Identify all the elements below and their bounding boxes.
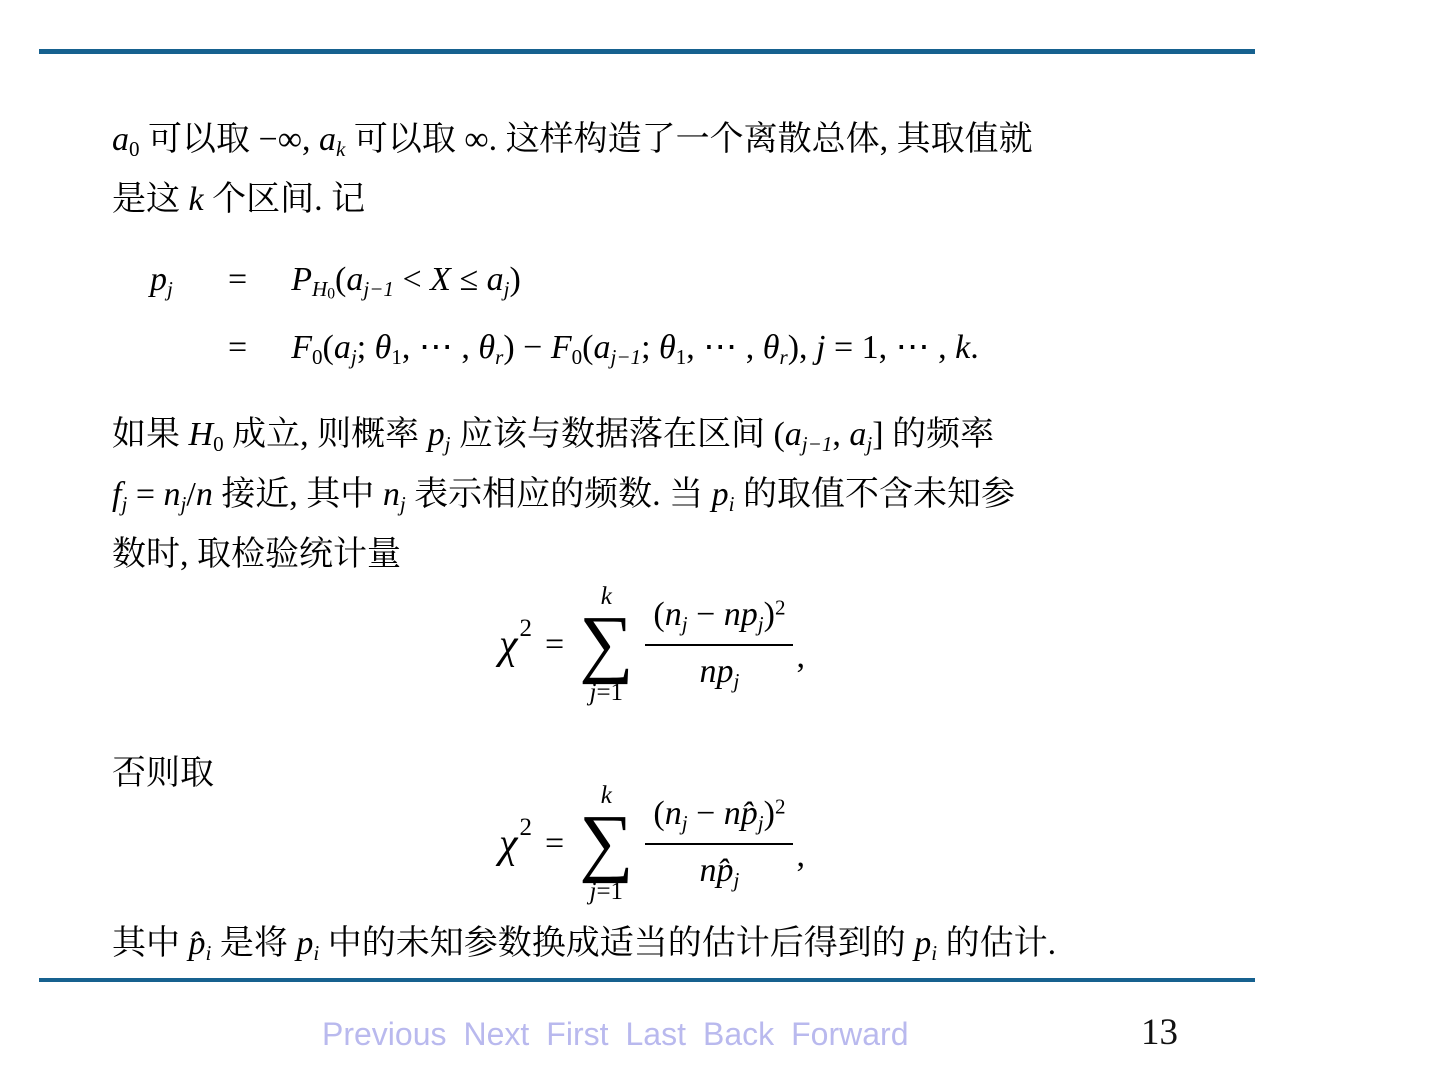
math-token: , ⋯ , bbox=[686, 329, 763, 366]
document-page: a0 可以取 −∞, ak 可以取 ∞. 这样构造了一个离散总体, 其取值就 是… bbox=[0, 0, 1441, 1080]
math-token: ( bbox=[582, 329, 593, 366]
math-token: n bbox=[196, 476, 213, 513]
math-token: n bbox=[164, 476, 181, 513]
nav-last-link[interactable]: Last bbox=[626, 1016, 686, 1053]
math-token: 个区间. 记 bbox=[204, 181, 366, 218]
math-token: 0 bbox=[213, 432, 224, 456]
chi-squared: χ2 bbox=[499, 823, 532, 865]
math-token: a bbox=[346, 261, 363, 298]
math-token: ∞ bbox=[464, 121, 488, 158]
math-token: a bbox=[487, 261, 504, 298]
math-token: , bbox=[302, 121, 319, 158]
math-token: a bbox=[334, 329, 351, 366]
math-token: − bbox=[688, 596, 724, 633]
aligned-equation-row1: pj=PH0(aj−1 < X ≤ aj) bbox=[150, 261, 521, 304]
chi-square-formula-estimated-params: χ2 = k ∑ j=1 (nj − np̂j)2 np̂j , bbox=[112, 781, 1192, 906]
math-token: n bbox=[700, 653, 717, 690]
math-token: 0 bbox=[129, 137, 140, 161]
math-token: ( bbox=[653, 795, 664, 832]
math-token: ] 的频率 bbox=[872, 416, 994, 453]
math-token: k bbox=[336, 137, 345, 161]
math-token: n bbox=[383, 476, 400, 513]
math-token: ( bbox=[323, 329, 334, 366]
math-token: p bbox=[150, 261, 167, 298]
sum-lower-limit: j=1 bbox=[590, 680, 624, 705]
math-token: p̂ bbox=[717, 852, 734, 889]
math-token: 是将 bbox=[211, 925, 296, 962]
equals-sign: = bbox=[228, 261, 247, 299]
fraction: (nj − npj)2 npj bbox=[645, 596, 793, 692]
math-token: k bbox=[189, 181, 204, 218]
math-token: j−1 bbox=[802, 432, 833, 456]
math-token: ), bbox=[788, 329, 816, 366]
equation-rhs: PH0(aj−1 < X ≤ aj) bbox=[291, 261, 521, 304]
math-token: k bbox=[955, 329, 970, 366]
math-token: θ bbox=[478, 329, 495, 366]
math-token: a bbox=[593, 329, 610, 366]
math-token: =1 bbox=[596, 679, 623, 706]
nav-forward-link[interactable]: Forward bbox=[791, 1016, 908, 1053]
equation-lhs: pj bbox=[150, 261, 188, 302]
math-token: n bbox=[665, 596, 682, 633]
equals-sign: = bbox=[545, 825, 564, 863]
top-rule bbox=[39, 49, 1255, 54]
paragraph2-line2: fj = nj/n 接近, 其中 nj 表示相应的频数. 当 pi 的取值不含未… bbox=[112, 473, 1015, 518]
fraction-numerator: (nj − np̂j)2 bbox=[645, 795, 793, 844]
math-token: ) bbox=[509, 261, 520, 298]
math-token: =1 bbox=[596, 878, 623, 905]
math-token: a bbox=[849, 416, 866, 453]
equals-sign: = bbox=[545, 626, 564, 664]
nav-next-link[interactable]: Next bbox=[464, 1016, 530, 1053]
math-token: 的估计. bbox=[937, 925, 1056, 962]
sigma-symbol: ∑ bbox=[579, 612, 633, 674]
trailing-comma: , bbox=[796, 837, 805, 875]
math-token: , bbox=[832, 416, 849, 453]
nav-back-link[interactable]: Back bbox=[703, 1016, 774, 1053]
equation-rhs: F0(aj; θ1, ⋯ , θr) − F0(aj−1; θ1, ⋯ , θr… bbox=[291, 327, 979, 370]
math-token: 0 bbox=[312, 345, 323, 369]
math-token: p bbox=[741, 596, 758, 633]
math-token: p bbox=[712, 476, 729, 513]
math-token: 表示相应的频数. 当 bbox=[406, 476, 712, 513]
paragraph1-line2: 是这 k 个区间. 记 bbox=[112, 178, 365, 222]
math-token: = bbox=[127, 476, 163, 513]
math-token: p̂ bbox=[741, 795, 758, 832]
math-token: 中的未知参数换成适当的估计后得到的 bbox=[319, 925, 914, 962]
math-token: 1 bbox=[391, 345, 402, 369]
math-token: p bbox=[717, 653, 734, 690]
math-token: p bbox=[914, 925, 931, 962]
math-token: j−1 bbox=[363, 277, 394, 301]
math-token: 0 bbox=[572, 345, 583, 369]
math-token: 1 bbox=[676, 345, 687, 369]
equals-sign: = bbox=[228, 329, 247, 367]
math-token: 2 bbox=[775, 795, 786, 819]
math-token: θ bbox=[763, 329, 780, 366]
math-token: 0 bbox=[327, 286, 335, 303]
math-token: 数时, 取检验统计量 bbox=[112, 536, 401, 573]
math-token: ) − bbox=[503, 329, 551, 366]
math-token: 如果 bbox=[112, 416, 189, 453]
math-token: H bbox=[189, 416, 214, 453]
math-token: 可以取 bbox=[345, 121, 464, 158]
math-token: a bbox=[785, 416, 802, 453]
math-token: 的取值不含未知参 bbox=[735, 476, 1016, 513]
math-token: j bbox=[734, 668, 740, 692]
math-token: θ bbox=[659, 329, 676, 366]
math-token: . 这样构造了一个离散总体, 其取值就 bbox=[489, 121, 1033, 158]
math-token: 是这 bbox=[112, 181, 189, 218]
math-token: n bbox=[724, 795, 741, 832]
fraction-denominator: np̂j bbox=[700, 845, 740, 892]
math-token: P bbox=[291, 261, 312, 298]
math-token: j bbox=[734, 867, 740, 891]
chi-symbol: χ bbox=[499, 823, 517, 865]
math-token: 可以取 bbox=[140, 121, 259, 158]
paragraph2-line3: 数时, 取检验统计量 bbox=[112, 533, 401, 577]
sigma-symbol: ∑ bbox=[579, 811, 633, 873]
math-token: r bbox=[780, 345, 788, 369]
math-token: a bbox=[112, 121, 129, 158]
summation: k ∑ j=1 bbox=[579, 783, 633, 903]
math-token: ; bbox=[641, 329, 659, 366]
math-token: p bbox=[428, 416, 445, 453]
chi-exponent: 2 bbox=[520, 815, 533, 840]
math-token: p̂ bbox=[189, 925, 206, 962]
navigation-bar: Previous Next First Last Back Forward bbox=[322, 1016, 908, 1053]
math-token: / bbox=[186, 476, 195, 513]
math-token: 接近, 其中 bbox=[213, 476, 383, 513]
math-token: ) bbox=[764, 596, 775, 633]
math-token: 其中 bbox=[112, 925, 189, 962]
math-token: n bbox=[724, 596, 741, 633]
math-token: θ bbox=[375, 329, 392, 366]
math-token: , ⋯ , bbox=[402, 329, 479, 366]
math-token: ≤ bbox=[451, 261, 487, 298]
chi-exponent: 2 bbox=[520, 616, 533, 641]
math-token: F bbox=[551, 329, 572, 366]
math-token: H bbox=[312, 277, 327, 301]
math-token: p bbox=[296, 925, 313, 962]
math-token: 2 bbox=[775, 596, 786, 620]
math-token: ; bbox=[357, 329, 375, 366]
math-token: j−1 bbox=[610, 345, 641, 369]
math-token: = 1, ⋯ , bbox=[825, 329, 955, 366]
math-token: ( bbox=[653, 596, 664, 633]
math-token: a bbox=[319, 121, 336, 158]
math-token: j bbox=[167, 277, 173, 301]
trailing-comma: , bbox=[796, 638, 805, 676]
chi-square-formula-known-params: χ2 = k ∑ j=1 (nj − npj)2 npj , bbox=[112, 582, 1192, 707]
math-token: 应该与数据落在区间 ( bbox=[450, 416, 784, 453]
aligned-equation-row2: =F0(aj; θ1, ⋯ , θr) − F0(aj−1; θ1, ⋯ , θ… bbox=[150, 327, 979, 370]
math-token: −∞ bbox=[259, 121, 302, 158]
summation: k ∑ j=1 bbox=[579, 584, 633, 704]
fraction-numerator: (nj − npj)2 bbox=[645, 596, 793, 645]
chi-squared: χ2 bbox=[499, 624, 532, 666]
fraction: (nj − np̂j)2 np̂j bbox=[645, 795, 793, 891]
math-token: < bbox=[394, 261, 430, 298]
bottom-rule bbox=[39, 978, 1255, 982]
chi-symbol: χ bbox=[499, 624, 517, 666]
math-token: n bbox=[700, 852, 717, 889]
page-number: 13 bbox=[1141, 1011, 1178, 1054]
math-token: X bbox=[430, 261, 451, 298]
math-token: n bbox=[665, 795, 682, 832]
nav-first-link[interactable]: First bbox=[546, 1016, 608, 1053]
math-token: ) bbox=[764, 795, 775, 832]
paragraph1-line1: a0 可以取 −∞, ak 可以取 ∞. 这样构造了一个离散总体, 其取值就 bbox=[112, 118, 1033, 163]
math-token: . bbox=[970, 329, 979, 366]
math-token: 成立, 则概率 bbox=[224, 416, 428, 453]
math-token: ( bbox=[335, 261, 346, 298]
paragraph2-line1: 如果 H0 成立, 则概率 pj 应该与数据落在区间 (aj−1, aj] 的频… bbox=[112, 413, 994, 458]
fraction-denominator: npj bbox=[700, 646, 740, 693]
sum-lower-limit: j=1 bbox=[590, 879, 624, 904]
nav-previous-link[interactable]: Previous bbox=[322, 1016, 447, 1053]
paragraph4-line1: 其中 p̂i 是将 pi 中的未知参数换成适当的估计后得到的 pi 的估计. bbox=[112, 922, 1056, 967]
math-token: F bbox=[291, 329, 312, 366]
math-token: − bbox=[688, 795, 724, 832]
